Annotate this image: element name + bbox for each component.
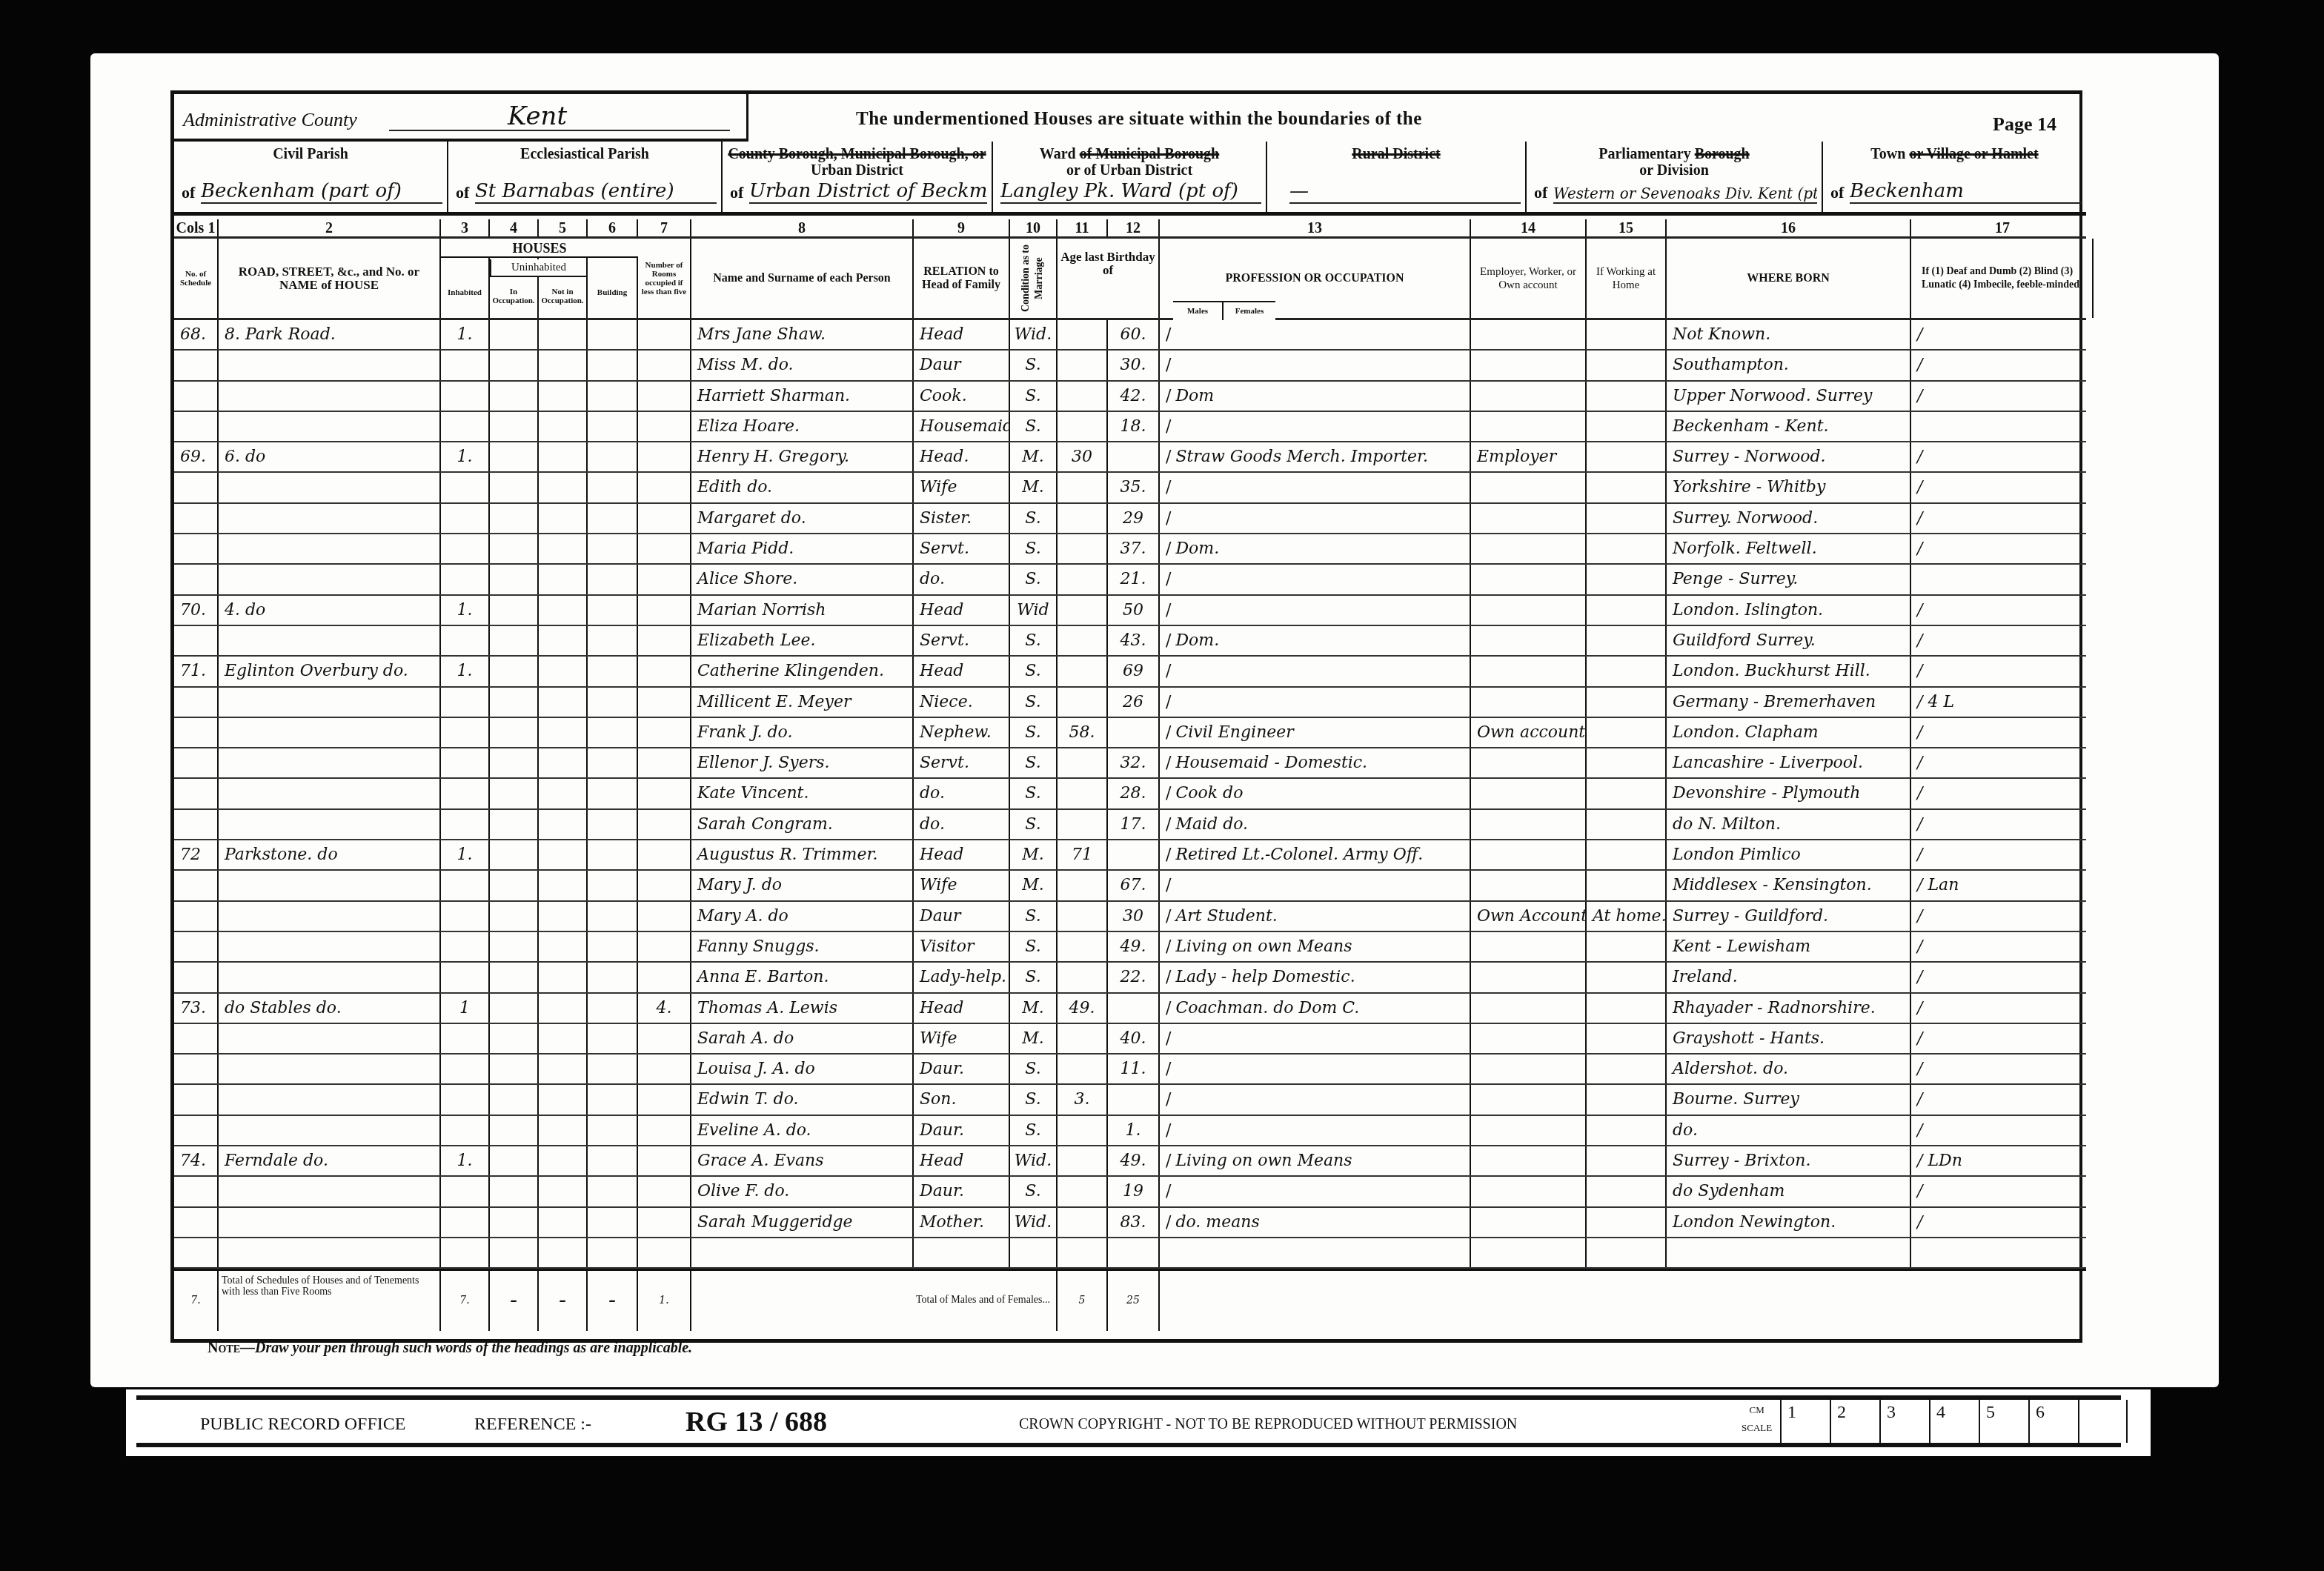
- schedule-number: [174, 748, 219, 777]
- person-name: Elizabeth Lee.: [691, 626, 914, 655]
- person-name: Catherine Klingenden.: [691, 657, 914, 685]
- road-or-house-name: 6. do: [219, 442, 441, 471]
- header-condition: Condition as to Marriage: [1010, 239, 1058, 318]
- occupation: [1160, 871, 1471, 900]
- infirmity: /: [1911, 718, 2094, 747]
- building-count: [588, 320, 638, 349]
- employer-status: [1471, 1146, 1587, 1175]
- relation-to-head: Head: [914, 840, 1010, 869]
- inhabited-count: [441, 565, 490, 594]
- relation-to-head: Head: [914, 320, 1010, 349]
- road-or-house-name: [219, 902, 441, 931]
- census-row: Edwin T. do.Son.S.3.Bourne. Surrey/: [174, 1085, 2086, 1115]
- uninhabited-not-in-occupation: [539, 1085, 588, 1114]
- relation-to-head: Housemaid.: [914, 412, 1010, 441]
- infirmity: /: [1911, 473, 2094, 502]
- area-parliamentary-division: Parliamentary Boroughor Division of West…: [1527, 142, 1823, 213]
- rooms-count: [638, 657, 691, 685]
- working-at-home: [1587, 1146, 1667, 1175]
- rooms-count: [638, 1208, 691, 1237]
- area-value: Western or Sevenoaks Div. Kent (pt of): [1553, 185, 1817, 204]
- header-infirmity: If (1) Deaf and Dumb (2) Blind (3) Lunat…: [1911, 239, 2094, 318]
- working-at-home: [1587, 748, 1667, 777]
- birthplace: Germany - Bremerhaven: [1667, 688, 1911, 717]
- reference-number: RG 13 / 688: [685, 1406, 827, 1438]
- header-name: Name and Surname of each Person: [691, 239, 914, 318]
- page-number: Page 14: [1993, 113, 2056, 136]
- male-age: [1058, 320, 1108, 349]
- total-schedules-label: Total of Schedules of Houses and of Tene…: [219, 1271, 441, 1331]
- marital-condition: S.: [1010, 1177, 1058, 1206]
- inhabited-count: [441, 810, 490, 839]
- infirmity: /: [1911, 320, 2094, 349]
- uninhabited-in-occupation: [490, 320, 539, 349]
- inhabited-count: [441, 1085, 490, 1114]
- birthplace: do Sydenham: [1667, 1177, 1911, 1206]
- uninhabited-in-occupation: [490, 871, 539, 900]
- relation-to-head: Nephew.: [914, 718, 1010, 747]
- person-name: Mrs Jane Shaw.: [691, 320, 914, 349]
- birthplace: Yorkshire - Whitby: [1667, 473, 1911, 502]
- working-at-home: [1587, 1024, 1667, 1053]
- area-title: Parliamentary Boroughor Division: [1527, 146, 1822, 179]
- uninhabited-in-occupation: [490, 504, 539, 533]
- female-age: 18.: [1108, 412, 1160, 441]
- relation-to-head: Servt.: [914, 534, 1010, 563]
- person-name: Mary A. do: [691, 902, 914, 931]
- infirmity: /: [1911, 963, 2094, 992]
- occupation: Civil Engineer: [1160, 718, 1471, 747]
- census-row: Louisa J. A. doDaur.S.11.Aldershot. do./: [174, 1054, 2086, 1085]
- header-houses: HOUSES: [441, 239, 638, 258]
- infirmity: /: [1911, 442, 2094, 471]
- birthplace: Grayshott - Hants.: [1667, 1024, 1911, 1053]
- marital-condition: M.: [1010, 473, 1058, 502]
- uninhabited-not-in-occupation: [539, 1116, 588, 1145]
- marital-condition: S.: [1010, 902, 1058, 931]
- occupation: [1160, 596, 1471, 625]
- building-count: [588, 779, 638, 808]
- birthplace: Surrey - Guildford.: [1667, 902, 1911, 931]
- female-age: 11.: [1108, 1054, 1160, 1083]
- employer-status: [1471, 871, 1587, 900]
- building-count: [588, 932, 638, 961]
- male-age: [1058, 748, 1108, 777]
- area-title: Ward of Municipal Boroughor of Urban Dis…: [993, 146, 1266, 179]
- relation-to-head: [914, 1238, 1010, 1267]
- person-name: Edwin T. do.: [691, 1085, 914, 1114]
- infirmity: / Lan: [1911, 871, 2094, 900]
- rooms-count: [638, 504, 691, 533]
- road-or-house-name: Ferndale do.: [219, 1146, 441, 1175]
- female-age: 28.: [1108, 779, 1160, 808]
- rooms-count: [638, 1085, 691, 1114]
- rooms-count: [638, 382, 691, 411]
- road-or-house-name: [219, 382, 441, 411]
- inhabited-count: [441, 504, 490, 533]
- census-row: Mary A. doDaurS.30Art Student.Own Accoun…: [174, 902, 2086, 932]
- road-or-house-name: [219, 412, 441, 441]
- inhabited-count: [441, 1024, 490, 1053]
- census-row: Sarah Congram.do.S.17.Maid do.do N. Milt…: [174, 810, 2086, 840]
- schedule-number: [174, 902, 219, 931]
- relation-to-head: Head: [914, 596, 1010, 625]
- total-schedules: 7.: [174, 1271, 219, 1331]
- male-age: [1058, 534, 1108, 563]
- scale-tick: 5: [1979, 1400, 2028, 1443]
- inhabited-count: [441, 779, 490, 808]
- inhabited-count: [441, 932, 490, 961]
- road-or-house-name: [219, 963, 441, 992]
- uninhabited-in-occupation: [490, 932, 539, 961]
- uninhabited-in-occupation: [490, 1238, 539, 1267]
- rooms-count: [638, 1146, 691, 1175]
- col-number: 8: [691, 219, 914, 236]
- census-row: Millicent E. MeyerNiece.S.26Germany - Br…: [174, 688, 2086, 718]
- uninhabited-in-occupation: [490, 1024, 539, 1053]
- uninhabited-in-occupation: [490, 994, 539, 1023]
- relation-to-head: Servt.: [914, 748, 1010, 777]
- header-females: Females: [1224, 302, 1275, 320]
- person-name: Augustus R. Trimmer.: [691, 840, 914, 869]
- female-age: 43.: [1108, 626, 1160, 655]
- female-age: 1.: [1108, 1116, 1160, 1145]
- employer-status: [1471, 1208, 1587, 1237]
- birthplace: London Newington.: [1667, 1208, 1911, 1237]
- area-of: of: [182, 183, 195, 202]
- uninhabited-not-in-occupation: [539, 963, 588, 992]
- uninhabited-not-in-occupation: [539, 473, 588, 502]
- totals-row: 7. Total of Schedules of Houses and of T…: [174, 1269, 2086, 1331]
- occupation: Coachman. do Dom C.: [1160, 994, 1471, 1023]
- census-row: Frank J. do.Nephew.S.58.Civil EngineerOw…: [174, 718, 2086, 748]
- working-at-home: [1587, 810, 1667, 839]
- road-or-house-name: [219, 1024, 441, 1053]
- male-age: [1058, 473, 1108, 502]
- struck-heading: County Borough, Municipal Borough, or: [728, 146, 986, 162]
- female-age: [1108, 994, 1160, 1023]
- person-name: Louisa J. A. do: [691, 1054, 914, 1083]
- road-or-house-name: [219, 718, 441, 747]
- female-age: 29: [1108, 504, 1160, 533]
- working-at-home: [1587, 779, 1667, 808]
- female-age: [1108, 442, 1160, 471]
- working-at-home: [1587, 840, 1667, 869]
- building-count: [588, 412, 638, 441]
- uninhabited-in-occupation: [490, 840, 539, 869]
- area-urban-district: County Borough, Municipal Borough, orUrb…: [723, 142, 993, 213]
- person-name: Millicent E. Meyer: [691, 688, 914, 717]
- road-or-house-name: [219, 1238, 441, 1267]
- occupation: Dom.: [1160, 626, 1471, 655]
- employer-status: [1471, 473, 1587, 502]
- employer-status: [1471, 932, 1587, 961]
- inhabited-count: [441, 871, 490, 900]
- relation-to-head: Head.: [914, 442, 1010, 471]
- uninhabited-in-occupation: [490, 382, 539, 411]
- record-office: PUBLIC RECORD OFFICE: [200, 1415, 405, 1435]
- male-age: [1058, 1024, 1108, 1053]
- person-name: Thomas A. Lewis: [691, 994, 914, 1023]
- employer-status: [1471, 1054, 1587, 1083]
- schedule-number: [174, 1024, 219, 1053]
- relation-to-head: Daur.: [914, 1177, 1010, 1206]
- rooms-count: [638, 565, 691, 594]
- female-age: 19: [1108, 1177, 1160, 1206]
- rooms-count: [638, 902, 691, 931]
- birthplace: Beckenham - Kent.: [1667, 412, 1911, 441]
- schedule-number: [174, 626, 219, 655]
- total-building: -: [588, 1271, 638, 1331]
- employer-status: [1471, 1177, 1587, 1206]
- employer-status: [1471, 412, 1587, 441]
- birthplace: Southampton.: [1667, 351, 1911, 379]
- marital-condition: Wid.: [1010, 1208, 1058, 1237]
- marital-condition: S.: [1010, 810, 1058, 839]
- rooms-count: [638, 1177, 691, 1206]
- col-number: Cols 1: [174, 219, 219, 236]
- census-rows: 68.8. Park Road.1.Mrs Jane Shaw.HeadWid.…: [174, 320, 2086, 1269]
- uninhabited-not-in-occupation: [539, 626, 588, 655]
- relation-to-head: Mother.: [914, 1208, 1010, 1237]
- male-age: [1058, 596, 1108, 625]
- area-value: —: [1289, 180, 1521, 204]
- male-age: [1058, 1116, 1108, 1145]
- col-number: 5: [539, 219, 588, 236]
- relation-to-head: Daur: [914, 351, 1010, 379]
- employer-status: Own account: [1471, 718, 1587, 747]
- header-employer: Employer, Worker, or Own account: [1471, 239, 1587, 318]
- female-age: 60.: [1108, 320, 1160, 349]
- road-or-house-name: [219, 565, 441, 594]
- schedule-number: [174, 534, 219, 563]
- relation-to-head: do.: [914, 565, 1010, 594]
- marital-condition: S.: [1010, 1085, 1058, 1114]
- uninhabited-not-in-occupation: [539, 1238, 588, 1267]
- marital-condition: S.: [1010, 351, 1058, 379]
- infirmity: /: [1911, 1054, 2094, 1083]
- schedule-number: [174, 412, 219, 441]
- relation-to-head: Cook.: [914, 382, 1010, 411]
- building-count: [588, 565, 638, 594]
- marital-condition: M.: [1010, 442, 1058, 471]
- uninhabited-in-occupation: [490, 1054, 539, 1083]
- uninhabited-in-occupation: [490, 351, 539, 379]
- marital-condition: S.: [1010, 504, 1058, 533]
- female-age: 49.: [1108, 932, 1160, 961]
- census-row: Harriett Sharman.Cook.S.42.DomUpper Norw…: [174, 382, 2086, 412]
- birthplace: Not Known.: [1667, 320, 1911, 349]
- rooms-count: [638, 718, 691, 747]
- marital-condition: S.: [1010, 1116, 1058, 1145]
- houses-group-header: HOUSES Uninhabited: [441, 239, 638, 320]
- building-count: [588, 871, 638, 900]
- occupation: [1160, 657, 1471, 685]
- male-age: [1058, 1208, 1108, 1237]
- census-row: Olive F. do.Daur.S.19do Sydenham/: [174, 1177, 2086, 1207]
- col-number: 2: [219, 219, 441, 236]
- employer-status: [1471, 779, 1587, 808]
- uninhabited-not-in-occupation: [539, 871, 588, 900]
- rooms-count: [638, 473, 691, 502]
- total-in-occupation: -: [490, 1271, 539, 1331]
- working-at-home: [1587, 657, 1667, 685]
- marital-condition: S.: [1010, 382, 1058, 411]
- uninhabited-in-occupation: [490, 1116, 539, 1145]
- totals-blank: [1160, 1271, 2094, 1331]
- employer-status: [1471, 382, 1587, 411]
- building-count: [588, 718, 638, 747]
- total-not-in-occupation: -: [539, 1271, 588, 1331]
- marital-condition: Wid: [1010, 596, 1058, 625]
- uninhabited-in-occupation: [490, 473, 539, 502]
- uninhabited-not-in-occupation: [539, 442, 588, 471]
- birthplace: do.: [1667, 1116, 1911, 1145]
- uninhabited-in-occupation: [490, 534, 539, 563]
- female-age: 22.: [1108, 963, 1160, 992]
- rooms-count: [638, 1238, 691, 1267]
- situate-heading: The undermentioned Houses are situate wi…: [856, 109, 1422, 130]
- rooms-count: [638, 626, 691, 655]
- uninhabited-not-in-occupation: [539, 1024, 588, 1053]
- infirmity: /: [1911, 351, 2094, 379]
- uninhabited-not-in-occupation: [539, 657, 588, 685]
- administrative-county-box: Administrative County Kent: [174, 94, 748, 142]
- building-count: [588, 963, 638, 992]
- male-age: [1058, 657, 1108, 685]
- census-table: Cols 1 2 3 4 5 6 7 8 9 10 11 12 13 14 15…: [174, 219, 2086, 1331]
- inhabited-count: [441, 626, 490, 655]
- inhabited-count: [441, 382, 490, 411]
- uninhabited-not-in-occupation: [539, 902, 588, 931]
- relation-to-head: Sister.: [914, 504, 1010, 533]
- employer-status: [1471, 534, 1587, 563]
- uninhabited-not-in-occupation: [539, 932, 588, 961]
- female-age: 32.: [1108, 748, 1160, 777]
- inhabited-count: [441, 412, 490, 441]
- marital-condition: M.: [1010, 994, 1058, 1023]
- uninhabited-not-in-occupation: [539, 565, 588, 594]
- uninhabited-in-occupation: [490, 718, 539, 747]
- infirmity: /: [1911, 994, 2094, 1023]
- birthplace: Aldershot. do.: [1667, 1054, 1911, 1083]
- male-age: [1058, 412, 1108, 441]
- uninhabited-not-in-occupation: [539, 1054, 588, 1083]
- infirmity: /: [1911, 626, 2094, 655]
- birthplace: London. Buckhurst Hill.: [1667, 657, 1911, 685]
- birthplace: [1667, 1238, 1911, 1267]
- female-age: 26: [1108, 688, 1160, 717]
- birthplace: Bourne. Surrey: [1667, 1085, 1911, 1114]
- building-count: [588, 1177, 638, 1206]
- road-or-house-name: [219, 871, 441, 900]
- female-age: 49.: [1108, 1146, 1160, 1175]
- rooms-count: [638, 840, 691, 869]
- infirmity: /: [1911, 779, 2094, 808]
- working-at-home: [1587, 442, 1667, 471]
- working-at-home: [1587, 932, 1667, 961]
- inhabited-count: 1.: [441, 1146, 490, 1175]
- male-age: [1058, 565, 1108, 594]
- area-title: County Borough, Municipal Borough, orUrb…: [723, 146, 992, 179]
- relation-to-head: Daur.: [914, 1116, 1010, 1145]
- footnote: Note—Draw your pen through such words of…: [207, 1340, 692, 1357]
- schedule-number: 73.: [174, 994, 219, 1023]
- inhabited-count: 1.: [441, 657, 490, 685]
- working-at-home: [1587, 565, 1667, 594]
- person-name: Mary J. do: [691, 871, 914, 900]
- occupation: [1160, 412, 1471, 441]
- rooms-count: [638, 596, 691, 625]
- male-age: [1058, 351, 1108, 379]
- area-title: Civil Parish: [174, 146, 447, 162]
- occupation: Retired Lt.-Colonel. Army Off.: [1160, 840, 1471, 869]
- inhabited-count: 1: [441, 994, 490, 1023]
- male-age: [1058, 688, 1108, 717]
- relation-to-head: Head: [914, 994, 1010, 1023]
- birthplace: London. Clapham: [1667, 718, 1911, 747]
- inhabited-count: [441, 351, 490, 379]
- schedule-number: 71.: [174, 657, 219, 685]
- infirmity: /: [1911, 382, 2094, 411]
- male-age: [1058, 963, 1108, 992]
- uninhabited-not-in-occupation: [539, 382, 588, 411]
- person-name: Henry H. Gregory.: [691, 442, 914, 471]
- area-civil-parish: Civil Parish of Beckenham (part of): [174, 142, 448, 213]
- road-or-house-name: 4. do: [219, 596, 441, 625]
- col-number: 4: [490, 219, 539, 236]
- area-of: of: [730, 183, 743, 202]
- inhabited-count: [441, 1238, 490, 1267]
- marital-condition: S.: [1010, 779, 1058, 808]
- schedule-number: [174, 1208, 219, 1237]
- relation-to-head: Servt.: [914, 626, 1010, 655]
- working-at-home: [1587, 1054, 1667, 1083]
- male-age: [1058, 810, 1108, 839]
- area-rural-district: Rural District —: [1267, 142, 1527, 213]
- census-row: 73.do Stables do.14.Thomas A. LewisHeadM…: [174, 994, 2086, 1024]
- working-at-home: [1587, 1238, 1667, 1267]
- working-at-home: [1587, 963, 1667, 992]
- schedule-number: [174, 779, 219, 808]
- area-value: Langley Pk. Ward (pt of): [1000, 180, 1261, 204]
- col-number: 10: [1010, 219, 1058, 236]
- working-at-home: At home.: [1587, 902, 1667, 931]
- male-age: 71: [1058, 840, 1108, 869]
- occupation: [1160, 565, 1471, 594]
- col-number: 17: [1911, 219, 2094, 236]
- census-row: Eveline A. do.Daur.S.1.do./: [174, 1116, 2086, 1146]
- relation-to-head: Visitor: [914, 932, 1010, 961]
- person-name: Sarah Congram.: [691, 810, 914, 839]
- rooms-count: [638, 442, 691, 471]
- uninhabited-not-in-occupation: [539, 1177, 588, 1206]
- employer-status: [1471, 994, 1587, 1023]
- uninhabited-in-occupation: [490, 657, 539, 685]
- birthplace: Lancashire - Liverpool.: [1667, 748, 1911, 777]
- infirmity: / LDn: [1911, 1146, 2094, 1175]
- rooms-count: 4.: [638, 994, 691, 1023]
- male-age: 3.: [1058, 1085, 1108, 1114]
- area-town: Town or Village or Hamlet of Beckenham: [1823, 142, 2086, 213]
- rooms-count: [638, 1116, 691, 1145]
- road-or-house-name: [219, 351, 441, 379]
- census-row: Alice Shore.do.S.21.Penge - Surrey.: [174, 565, 2086, 595]
- rooms-count: [638, 963, 691, 992]
- building-count: [588, 1024, 638, 1053]
- person-name: Fanny Snuggs.: [691, 932, 914, 961]
- person-name: [691, 1238, 914, 1267]
